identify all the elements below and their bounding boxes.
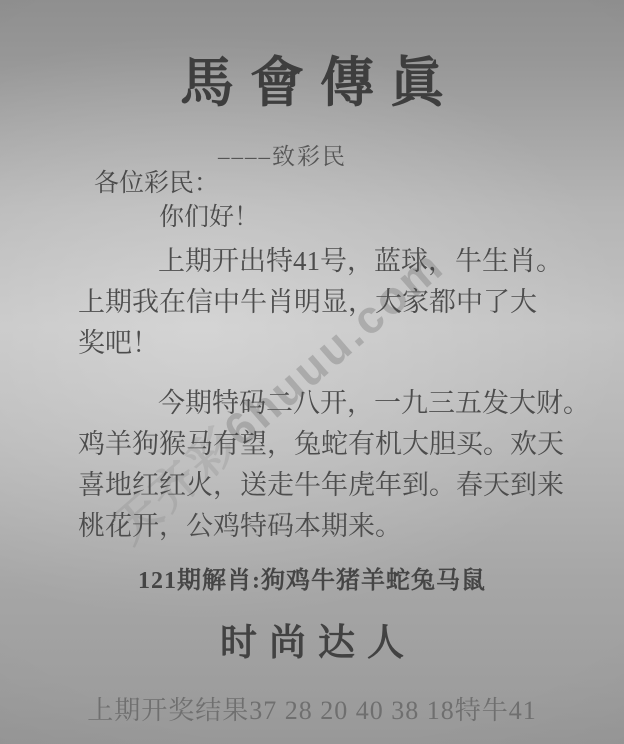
author-name: 时尚达人 — [0, 612, 624, 666]
fax-page: 天齐彩6huuu.com 馬會傳眞 ––––致彩民 各位彩民： 你们好！ 上期开… — [0, 0, 624, 744]
dedication-line: ––––致彩民 — [218, 138, 347, 171]
text-line: 桃花开，公鸡特码本期来。 — [78, 506, 560, 547]
paragraph-last-issue: 上期开出特41号，蓝球，牛生肖。 上期我在信中牛肖明显，大家都中了大 奖吧！ — [78, 241, 560, 364]
text-line: 上期开出特41号，蓝球，牛生肖。 — [78, 241, 560, 282]
text-line: 今期特码二八开，一九三五发大财。 — [78, 383, 560, 424]
greeting-line: 你们好！ — [159, 197, 259, 233]
zodiac-solution-line: 121期解肖:狗鸡牛猪羊蛇兔马鼠 — [0, 560, 624, 595]
previous-draw-results: 上期开奖结果37 28 20 40 38 18特牛41 — [0, 690, 624, 727]
text-line: 喜地红红火，送走牛年虎年到。春天到来 — [78, 465, 560, 506]
text-line: 鸡羊狗猴马有望，兔蛇有机大胆买。欢天 — [78, 424, 560, 465]
text-line: 奖吧！ — [78, 323, 560, 364]
paragraph-current-issue: 今期特码二八开，一九三五发大财。 鸡羊狗猴马有望，兔蛇有机大胆买。欢天 喜地红红… — [78, 383, 560, 547]
text-line: 上期我在信中牛肖明显，大家都中了大 — [78, 282, 560, 323]
salutation-line: 各位彩民： — [94, 163, 219, 199]
page-title: 馬會傳眞 — [0, 40, 624, 117]
